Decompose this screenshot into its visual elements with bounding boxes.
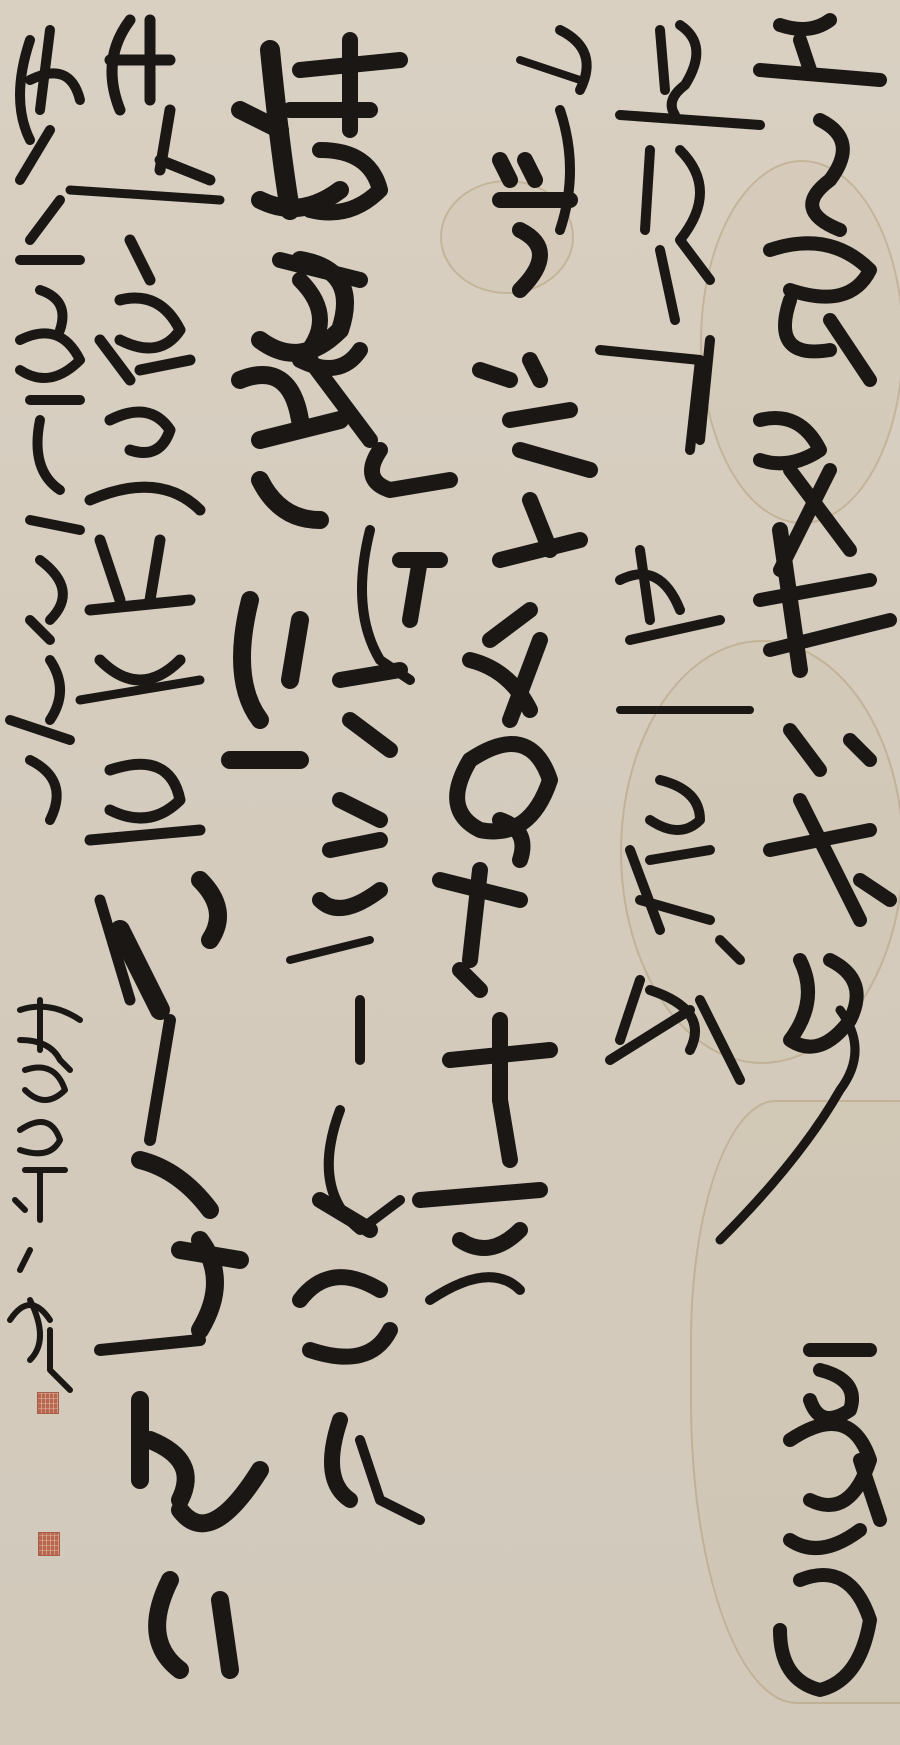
seal-2-pattern	[39, 1533, 59, 1555]
column-7	[10, 30, 80, 820]
brush-strokes	[0, 0, 900, 1745]
seal-1-pattern	[38, 1393, 58, 1413]
signature	[10, 1000, 80, 1390]
calligraphy-scroll: 東坡句 … 人	[0, 0, 900, 1745]
column-3	[420, 30, 590, 1300]
seal-1	[37, 1392, 59, 1414]
column-2	[600, 25, 760, 1080]
column-1	[720, 20, 890, 1690]
column-6	[70, 20, 220, 1000]
seal-2	[38, 1532, 60, 1556]
